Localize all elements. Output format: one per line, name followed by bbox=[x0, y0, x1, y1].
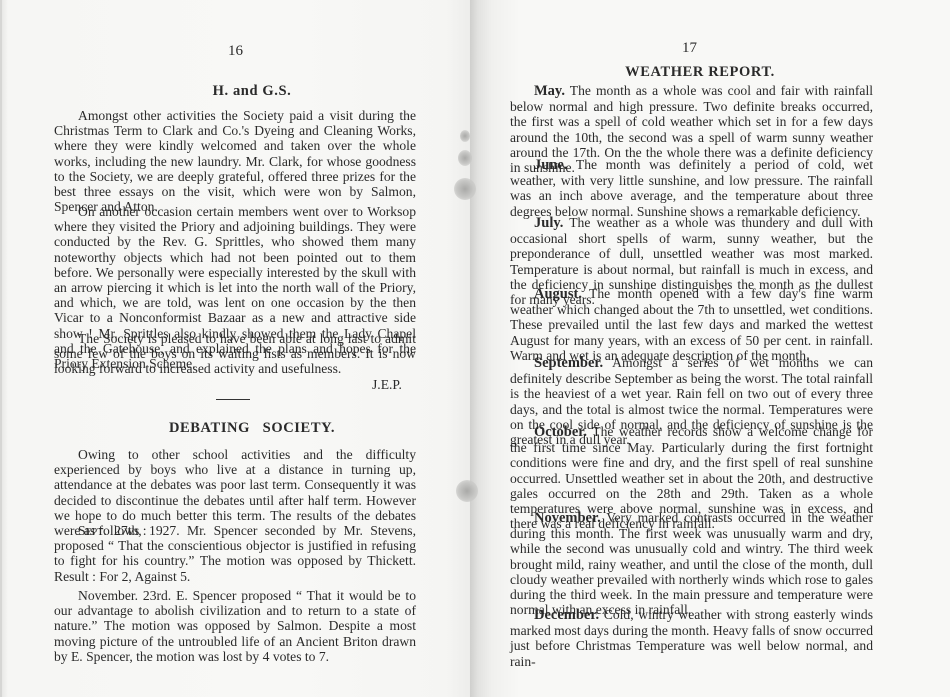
hgs-paragraph: The Society is pleased to have been able… bbox=[54, 331, 416, 377]
page-number: 16 bbox=[228, 43, 243, 60]
debate-date: Sept. bbox=[78, 523, 107, 538]
debate-entry: Sept. 27th, 1927. Mr. Spencer seconded b… bbox=[54, 523, 416, 584]
month-label: November. bbox=[534, 510, 601, 526]
section-divider bbox=[216, 399, 250, 400]
debate-entry: November. 23rd. E. Spencer proposed “ Th… bbox=[54, 588, 416, 664]
book-spread: 16 H. and G.S. Amongst other activities … bbox=[0, 0, 950, 697]
month-label: May. bbox=[534, 83, 565, 99]
month-entry-december: December. Cold, wintry weather with stro… bbox=[510, 607, 873, 669]
month-text: Very marked contrasts occurred in the we… bbox=[510, 510, 873, 617]
page-number: 17 bbox=[682, 40, 697, 57]
right-page: 17 WEATHER REPORT. May. The month as a w… bbox=[470, 0, 950, 697]
month-label: December. bbox=[534, 607, 599, 623]
signature: J.E.P. bbox=[372, 377, 402, 393]
left-page: 16 H. and G.S. Amongst other activities … bbox=[0, 0, 470, 697]
binding-mark bbox=[458, 150, 472, 166]
section-title-debating: DEBATING SOCIETY. bbox=[52, 420, 452, 437]
binding-mark bbox=[460, 130, 470, 142]
debate-date: November. 23rd. bbox=[78, 588, 171, 603]
month-label: October. bbox=[534, 424, 587, 440]
month-entry-august: August. The month opened with a few day'… bbox=[510, 286, 873, 363]
month-entry-november: November. Very marked contrasts occurred… bbox=[510, 510, 873, 617]
binding-mark bbox=[454, 178, 476, 200]
section-title-hgs: H. and G.S. bbox=[52, 83, 452, 100]
hgs-paragraph: Amongst other activities the Society pai… bbox=[54, 108, 416, 214]
month-label: August. bbox=[534, 286, 582, 302]
month-label: September. bbox=[534, 355, 603, 371]
month-entry-june: June. The month was definitely a period … bbox=[510, 157, 873, 219]
debate-date-rest: 27th, 1927. bbox=[107, 523, 180, 538]
page-title: WEATHER REPORT. bbox=[620, 64, 780, 81]
month-label: June. bbox=[534, 157, 567, 173]
binding-mark bbox=[456, 480, 478, 502]
month-label: July. bbox=[534, 215, 563, 231]
